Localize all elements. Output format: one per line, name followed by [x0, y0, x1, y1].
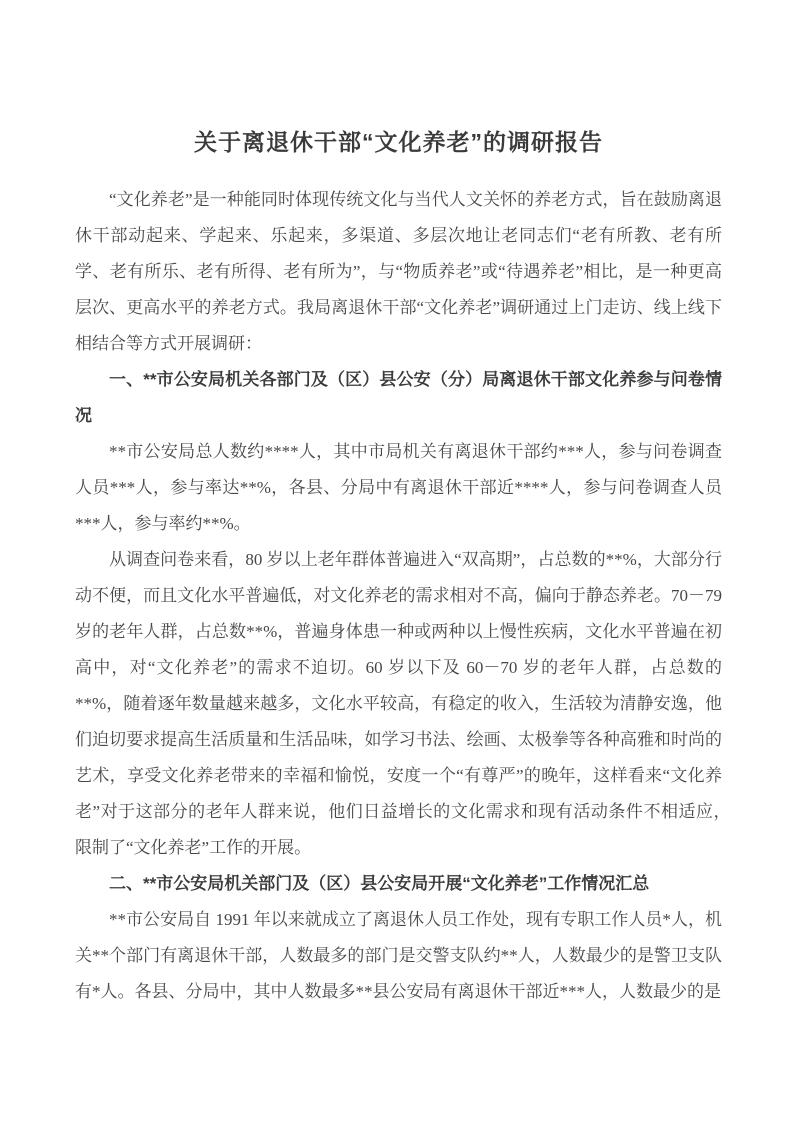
section2-paragraph-1: **市公安局自 1991 年以来就成立了离退休人员工作处，现有专职工作人员*人，…: [75, 902, 722, 1010]
document-title: 关于离退休干部“文化养老”的调研报告: [75, 126, 722, 158]
document-page: 关于离退休干部“文化养老”的调研报告 “文化养老”是一种能同时体现传统文化与当代…: [0, 0, 794, 1122]
intro-paragraph: “文化养老”是一种能同时体现传统文化与当代人文关怀的养老方式，旨在鼓励离退休干部…: [75, 182, 722, 362]
section2-heading: 二、**市公安局机关部门及（区）县公安局开展“文化养老”工作情况汇总: [75, 866, 722, 902]
section1-paragraph-1: **市公安局总人数约****人，其中市局机关有离退休干部约***人，参与问卷调查…: [75, 434, 722, 542]
section1-heading: 一、**市公安局机关各部门及（区）县公安（分）局离退休干部文化养参与问卷情况: [75, 362, 722, 434]
section1-paragraph-2: 从调查问卷来看，80 岁以上老年群体普遍进入“双高期”，占总数的**%，大部分行…: [75, 542, 722, 866]
